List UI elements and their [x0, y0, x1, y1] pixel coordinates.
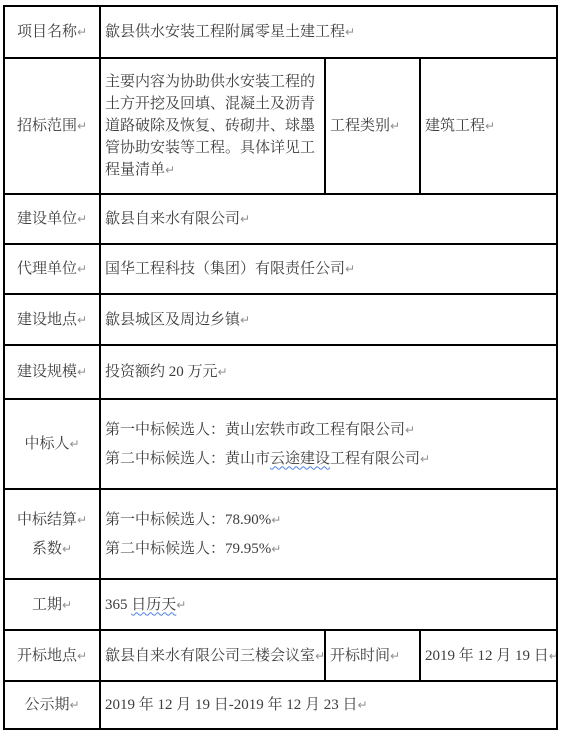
settlement-label-line-1: 中标结算↵ — [7, 509, 97, 531]
scale-value-cell: 投资额约 20 万元↵ — [100, 345, 557, 399]
scale-label-cell: 建设规模↵ — [4, 345, 100, 399]
spellcheck-underlined-text: 云途建设 — [270, 451, 330, 467]
winner-candidate-2: 第二中标候选人：黄山市云途建设工程有限公司↵ — [105, 448, 554, 470]
row-agency: 代理单位↵ 国华工程科技（集团）有限责任公司↵ — [4, 244, 557, 294]
paragraph-mark: ↵ — [77, 313, 87, 327]
bid-opening-time-value-cell: 2019 年 12 月 19 日↵ — [420, 630, 557, 681]
row-settlement: 中标结算↵ 系数↵ 第一中标候选人：78.90%↵ 第二中标候选人：79.95%… — [4, 489, 557, 579]
paragraph-mark: ↵ — [77, 513, 87, 527]
duration-label: 工期 — [32, 597, 62, 613]
duration-value-number: 365 — [105, 597, 131, 613]
bid-opening-value: 歙县自来水有限公司三楼会议室 — [105, 648, 315, 664]
settlement-label-line-2: 系数↵ — [7, 538, 97, 560]
duration-label-cell: 工期↵ — [4, 579, 100, 630]
publicity-value-cell: 2019 年 12 月 19 日-2019 年 12 月 23 日↵ — [100, 681, 557, 729]
paragraph-mark: ↵ — [405, 423, 415, 437]
paragraph-mark: ↵ — [485, 119, 495, 133]
row-project-name: 项目名称↵ 歙县供水安装工程附属零星土建工程↵ — [4, 6, 557, 58]
location-label: 建设地点 — [17, 312, 77, 328]
owner-value-cell: 歙县自来水有限公司↵ — [100, 194, 557, 244]
winner-label-cell: 中标人↵ — [4, 399, 100, 489]
paragraph-mark: ↵ — [390, 649, 400, 663]
settlement-rate-1-text: 第一中标候选人：78.90% — [105, 512, 271, 528]
bid-scope-label-cell: 招标范围↵ — [4, 58, 100, 194]
bid-result-table: 项目名称↵ 歙县供水安装工程附属零星土建工程↵ 招标范围↵ 主要内容为协助供水安… — [3, 5, 558, 730]
paragraph-mark: ↵ — [315, 649, 325, 663]
row-bid-scope: 招标范围↵ 主要内容为协助供水安装工程的土方开挖及回填、混凝土及沥青道路破除及恢… — [4, 58, 557, 194]
row-duration: 工期↵ 365 日历天↵ — [4, 579, 557, 630]
paragraph-mark: ↵ — [77, 649, 87, 663]
paragraph-mark: ↵ — [77, 212, 87, 226]
settlement-rate-2-text: 第二中标候选人：79.95% — [105, 541, 271, 557]
paragraph-mark: ↵ — [240, 212, 250, 226]
bid-scope-value: 主要内容为协助供水安装工程的土方开挖及回填、混凝土及沥青道路破除及恢复、砖砌井、… — [105, 74, 315, 178]
row-location: 建设地点↵ 歙县城区及周边乡镇↵ — [4, 294, 557, 345]
paragraph-mark: ↵ — [420, 452, 430, 466]
row-bid-opening: 开标地点↵ 歙县自来水有限公司三楼会议室↵ 开标时间↵ 2019 年 12 月 … — [4, 630, 557, 681]
settlement-rate-2: 第二中标候选人：79.95%↵ — [105, 538, 554, 560]
paragraph-mark: ↵ — [218, 365, 228, 379]
settlement-value-cell: 第一中标候选人：78.90%↵ 第二中标候选人：79.95%↵ — [100, 489, 557, 579]
winner-candidate-1-text: 第一中标候选人：黄山宏轶市政工程有限公司 — [105, 422, 405, 438]
duration-value-cell: 365 日历天↵ — [100, 579, 557, 630]
owner-value: 歙县自来水有限公司 — [105, 211, 240, 227]
winner-label: 中标人 — [24, 436, 69, 452]
agency-label: 代理单位 — [17, 261, 77, 277]
project-type-label-cell: 工程类别↵ — [325, 58, 420, 194]
bid-opening-label: 开标地点 — [17, 648, 77, 664]
scale-value: 投资额约 20 万元 — [105, 364, 218, 380]
paragraph-mark: ↵ — [176, 598, 186, 612]
project-type-value: 建筑工程 — [425, 118, 485, 134]
document-page: 项目名称↵ 歙县供水安装工程附属零星土建工程↵ 招标范围↵ 主要内容为协助供水安… — [0, 0, 563, 735]
row-publicity: 公示期↵ 2019 年 12 月 19 日-2019 年 12 月 23 日↵ — [4, 681, 557, 729]
paragraph-mark: ↵ — [69, 698, 79, 712]
settlement-label-cell: 中标结算↵ 系数↵ — [4, 489, 100, 579]
project-name-value-cell: 歙县供水安装工程附属零星土建工程↵ — [100, 6, 557, 58]
paragraph-mark: ↵ — [345, 262, 355, 276]
settlement-rate-1: 第一中标候选人：78.90%↵ — [105, 509, 554, 531]
agency-value-cell: 国华工程科技（集团）有限责任公司↵ — [100, 244, 557, 294]
spellcheck-underlined-text: 日历天 — [131, 597, 176, 613]
owner-label: 建设单位 — [17, 211, 77, 227]
bid-opening-value-cell: 歙县自来水有限公司三楼会议室↵ — [100, 630, 325, 681]
agency-value: 国华工程科技（集团）有限责任公司 — [105, 261, 345, 277]
project-type-value-cell: 建筑工程↵ — [420, 58, 557, 194]
location-value-cell: 歙县城区及周边乡镇↵ — [100, 294, 557, 345]
paragraph-mark: ↵ — [271, 542, 281, 556]
row-scale: 建设规模↵ 投资额约 20 万元↵ — [4, 345, 557, 399]
winner-candidate-2-suffix: 工程有限公司 — [330, 451, 420, 467]
paragraph-mark: ↵ — [69, 437, 79, 451]
settlement-label-text-1: 中标结算 — [17, 512, 77, 528]
row-winner: 中标人↵ 第一中标候选人：黄山宏轶市政工程有限公司↵ 第二中标候选人：黄山市云途… — [4, 399, 557, 489]
paragraph-mark: ↵ — [77, 262, 87, 276]
publicity-value: 2019 年 12 月 19 日-2019 年 12 月 23 日 — [105, 697, 358, 713]
bid-opening-time-value: 2019 年 12 月 19 日 — [425, 648, 549, 664]
paragraph-mark: ↵ — [77, 119, 87, 133]
paragraph-mark: ↵ — [240, 313, 250, 327]
bid-opening-time-label: 开标时间 — [330, 648, 390, 664]
winner-value-cell: 第一中标候选人：黄山宏轶市政工程有限公司↵ 第二中标候选人：黄山市云途建设工程有… — [100, 399, 557, 489]
project-type-label: 工程类别 — [330, 118, 390, 134]
owner-label-cell: 建设单位↵ — [4, 194, 100, 244]
location-value: 歙县城区及周边乡镇 — [105, 312, 240, 328]
paragraph-mark: ↵ — [358, 698, 368, 712]
paragraph-mark: ↵ — [345, 25, 355, 39]
bid-opening-time-label-cell: 开标时间↵ — [325, 630, 420, 681]
paragraph-mark: ↵ — [165, 163, 175, 177]
paragraph-mark: ↵ — [549, 649, 557, 663]
winner-candidate-1: 第一中标候选人：黄山宏轶市政工程有限公司↵ — [105, 419, 554, 441]
publicity-label-cell: 公示期↵ — [4, 681, 100, 729]
paragraph-mark: ↵ — [271, 513, 281, 527]
publicity-label: 公示期 — [24, 697, 69, 713]
paragraph-mark: ↵ — [62, 542, 72, 556]
paragraph-mark: ↵ — [62, 598, 72, 612]
bid-scope-value-cell: 主要内容为协助供水安装工程的土方开挖及回填、混凝土及沥青道路破除及恢复、砖砌井、… — [100, 58, 325, 194]
project-name-value: 歙县供水安装工程附属零星土建工程 — [105, 24, 345, 40]
winner-candidate-2-prefix: 第二中标候选人：黄山市 — [105, 451, 270, 467]
settlement-label-text-2: 系数 — [32, 541, 62, 557]
scale-label: 建设规模 — [17, 364, 77, 380]
location-label-cell: 建设地点↵ — [4, 294, 100, 345]
paragraph-mark: ↵ — [390, 119, 400, 133]
bid-opening-label-cell: 开标地点↵ — [4, 630, 100, 681]
paragraph-mark: ↵ — [77, 25, 87, 39]
paragraph-mark: ↵ — [77, 365, 87, 379]
bid-scope-label: 招标范围 — [17, 118, 77, 134]
project-name-label: 项目名称 — [17, 24, 77, 40]
row-owner: 建设单位↵ 歙县自来水有限公司↵ — [4, 194, 557, 244]
agency-label-cell: 代理单位↵ — [4, 244, 100, 294]
project-name-label-cell: 项目名称↵ — [4, 6, 100, 58]
